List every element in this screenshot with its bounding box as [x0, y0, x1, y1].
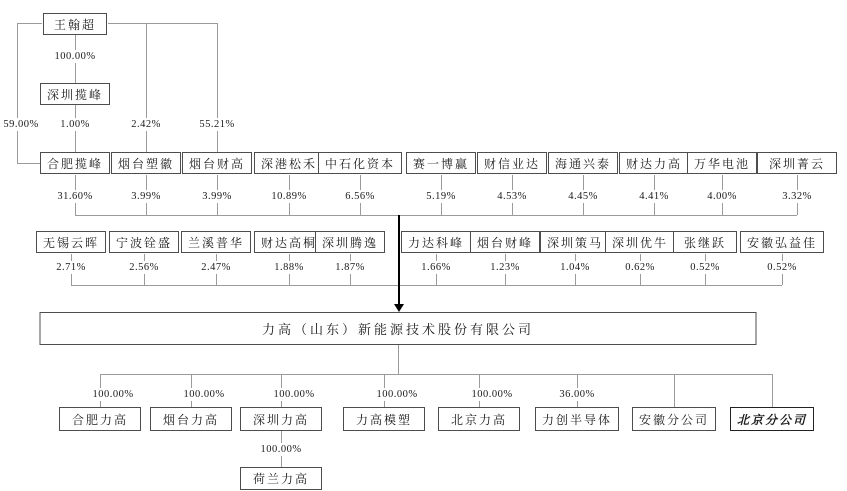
- equity-structure-diagram: 100.00% 59.00% 1.00% 2.42% 55.21% 31.60%…: [0, 0, 847, 491]
- stake-label: 0.62%: [622, 261, 658, 274]
- node-main-company: 力高（山东）新能源技术股份有限公司: [40, 312, 757, 345]
- node-shareholder: 财达力高: [619, 152, 689, 174]
- node-root-person: 王翰超: [43, 13, 107, 35]
- edge-line: [146, 23, 147, 152]
- node-shareholder: 深圳菁云: [757, 152, 837, 174]
- node-shareholder: 烟台塑徽: [111, 152, 181, 174]
- stake-label: 3.99%: [128, 190, 164, 203]
- node-subsidiary: 北京力高: [438, 407, 520, 431]
- edge-line: [17, 23, 42, 24]
- node-shareholder: 深圳优牛: [605, 231, 675, 253]
- node-shareholder: 财达高桐: [254, 231, 324, 253]
- stake-label: 100.00%: [257, 443, 304, 456]
- node-shareholder: 深圳策马: [540, 231, 610, 253]
- stake-label: 2.42%: [128, 118, 164, 131]
- node-subsidiary: 合肥力高: [59, 407, 141, 431]
- stake-label: 100.00%: [51, 50, 98, 63]
- stake-label: 4.45%: [565, 190, 601, 203]
- node-subsidiary: 力创半导体: [535, 407, 619, 431]
- node-shareholder: 海通兴泰: [548, 152, 618, 174]
- node-shareholder: 烟台财峰: [470, 231, 540, 253]
- edge-line: [398, 345, 399, 374]
- edge-line: [217, 23, 218, 152]
- stake-label: 10.89%: [268, 190, 309, 203]
- node-shareholder: 力达科峰: [401, 231, 471, 253]
- node-shareholder: 无锡云晖: [36, 231, 106, 253]
- bus-line-tier1: [75, 215, 797, 216]
- stake-label: 6.56%: [342, 190, 378, 203]
- stake-label: 1.66%: [418, 261, 454, 274]
- edge-line: [17, 23, 18, 163]
- stake-label: 1.00%: [57, 118, 93, 131]
- stake-label: 3.32%: [779, 190, 815, 203]
- stake-label: 100.00%: [373, 388, 420, 401]
- stake-label: 3.99%: [199, 190, 235, 203]
- edge-line: [108, 23, 217, 24]
- stake-label: 4.53%: [494, 190, 530, 203]
- stake-label: 100.00%: [468, 388, 515, 401]
- node-subsidiary: 荷兰力高: [240, 467, 322, 490]
- edge-line: [674, 374, 675, 407]
- bus-line-tier2: [71, 285, 782, 286]
- stake-label: 100.00%: [270, 388, 317, 401]
- node-shareholder: 安徽弘益佳: [740, 231, 824, 253]
- node-shareholder: 中石化资本: [318, 152, 402, 174]
- edge-line: [17, 163, 42, 164]
- stake-label: 0.52%: [764, 261, 800, 274]
- stake-label: 100.00%: [180, 388, 227, 401]
- node-shareholder: 烟台财高: [182, 152, 252, 174]
- stake-label: 31.60%: [54, 190, 95, 203]
- arrow-down-icon: [394, 304, 404, 312]
- node-branch-office: 北京分公司: [730, 407, 814, 431]
- node-shareholder: 深圳腾逸: [315, 231, 385, 253]
- stake-label: 0.52%: [687, 261, 723, 274]
- node-shareholder: 赛一博赢: [406, 152, 476, 174]
- node-shareholder: 兰溪普华: [181, 231, 251, 253]
- stake-label: 1.04%: [557, 261, 593, 274]
- node-subsidiary: 力高模塑: [343, 407, 425, 431]
- stake-label: 2.56%: [126, 261, 162, 274]
- stake-label: 100.00%: [89, 388, 136, 401]
- stake-label: 4.00%: [704, 190, 740, 203]
- bus-line-subsidiaries: [100, 374, 772, 375]
- stake-label: 1.87%: [332, 261, 368, 274]
- stake-label: 55.21%: [196, 118, 237, 131]
- node-shareholder: 万华电池: [687, 152, 757, 174]
- stake-label: 36.00%: [556, 388, 597, 401]
- node-branch-office: 安徽分公司: [632, 407, 716, 431]
- node-shareholder: 合肥揽峰: [40, 152, 110, 174]
- stake-label: 4.41%: [636, 190, 672, 203]
- main-connector-line: [398, 215, 400, 305]
- node-subsidiary: 深圳力高: [240, 407, 322, 431]
- stake-label: 1.88%: [271, 261, 307, 274]
- node-shareholder: 深港松禾: [254, 152, 324, 174]
- edge-line: [772, 374, 773, 407]
- node-shareholder: 财信业达: [477, 152, 547, 174]
- stake-label: 1.23%: [487, 261, 523, 274]
- node-subsidiary: 烟台力高: [150, 407, 232, 431]
- stake-label: 5.19%: [423, 190, 459, 203]
- stake-label: 2.71%: [53, 261, 89, 274]
- stake-label: 2.47%: [198, 261, 234, 274]
- node-shareholder: 张继跃: [673, 231, 737, 253]
- node-holding-company: 深圳揽峰: [40, 83, 110, 105]
- node-shareholder: 宁波铨盛: [109, 231, 179, 253]
- stake-label: 59.00%: [0, 118, 41, 131]
